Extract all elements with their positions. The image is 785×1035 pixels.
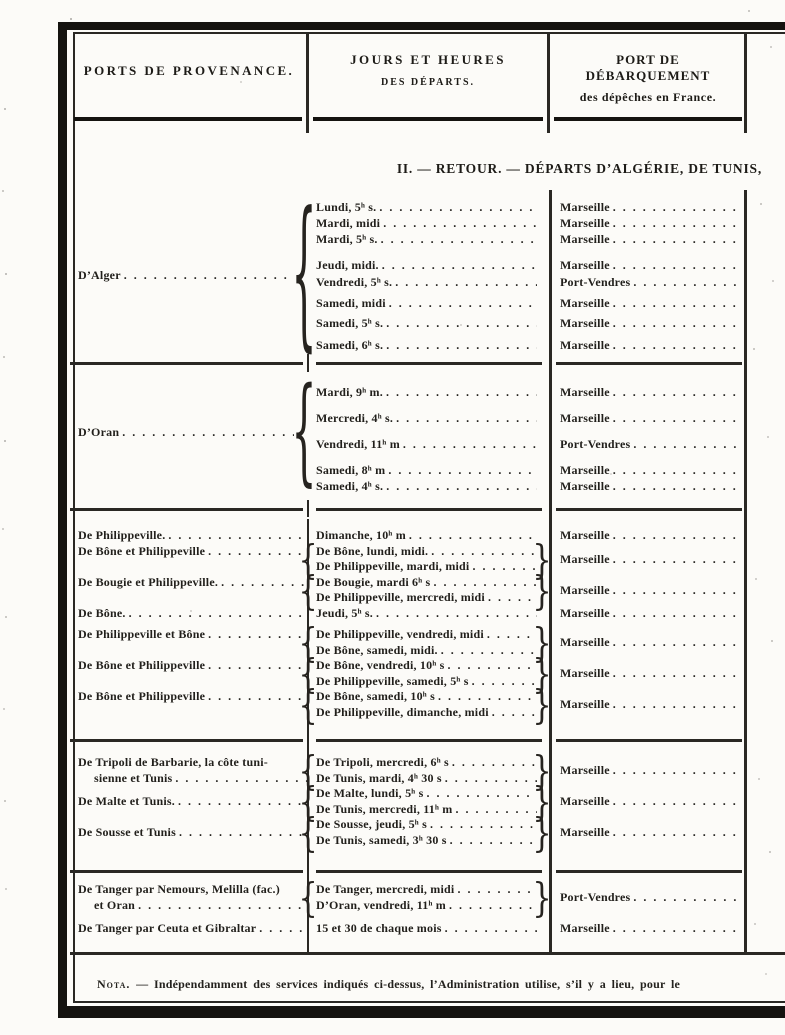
table-row-group: De Malte et Tunis.{De Malte, lundi, 5ʰ s… [75,786,740,817]
dot-leader [403,437,537,452]
port-cell: Marseille [560,817,738,848]
port-name-text: Port-Vendres [560,890,630,905]
group-brace-right: } [536,688,547,721]
dot-leader [613,463,738,478]
port-name-text: Marseille [560,635,610,650]
departure-cell: Jeudi, 5ʰ s. [316,606,537,622]
provenance-cell: De Bône et Philippeville [78,544,308,560]
port-cell: Marseille [560,921,738,937]
group-brace-right: } [536,881,547,914]
departure-cell: De Sousse, jeudi, 5ʰ sDe Tunis, samedi, … [316,817,537,848]
table-row-group: De Bône et Philippeville{De Bône, vendre… [75,658,740,689]
port-name: Port-Vendres [560,890,738,905]
dot-leader [389,296,537,311]
scan-speckles [70,18,72,20]
port-cell: Marseille [560,410,738,426]
departure-line-text: De Tripoli, mercredi, 6ʰ s [316,755,449,771]
departure-line: De Sousse, jeudi, 5ʰ s [316,817,537,833]
dot-leader [396,411,537,426]
provenance-cell: De Philippeville. [78,528,308,544]
port-name: Marseille [560,338,738,353]
port-name: Marseille [560,385,738,400]
departure-cell-text: Jeudi, midi. [316,258,379,273]
port-name: Marseille [560,479,738,494]
table-row: Vendredi, 11ʰ mPort-Vendres [75,437,740,452]
dot-leader [613,216,738,231]
dot-leader [386,338,537,353]
port-name-text: Marseille [560,921,610,936]
table-row: Mardi, midiMarseille [75,216,740,231]
dot-leader [455,802,537,818]
departure-cell-text: Vendredi, 11ʰ m [316,437,400,452]
provenance-line-text: De Bône et Philippeville [78,689,205,705]
port-cell: Port-Vendres [560,274,738,290]
dot-leader [168,528,308,544]
port-cell: Marseille [560,199,738,215]
dot-leader [492,705,537,721]
provenance-line: De Bône. [78,606,308,622]
port-cell: Marseille [560,627,738,658]
departure-cell: Vendredi, 5ʰ s. [316,275,537,290]
dot-leader [488,590,537,606]
port-cell: Port-Vendres [560,436,738,452]
dot-leader [452,755,537,771]
provenance-line-text: De Philippeville et Bône [78,627,205,643]
provenance-line: De Tripoli de Barbarie, la côte tuni- [78,755,308,771]
table-row: Samedi, midiMarseille [75,296,740,311]
port-cell: Marseille [560,315,738,331]
port-cell: Marseille [560,337,738,353]
port-name: Marseille [560,528,738,543]
departure-cell-text: Mardi, midi [316,216,380,231]
departure-cell: Mardi, 5ʰ s. [316,232,537,247]
table-row: Vendredi, 5ʰ s.Port-Vendres [75,275,740,290]
departure-line: De Bône, lundi, midi. [316,544,537,560]
table-section-5: De Tanger par Nemours, Melilla (fac.)et … [75,882,740,937]
dot-leader [613,232,738,247]
provenance-line: De Bône et Philippeville [78,658,308,674]
port-name-text: Marseille [560,794,610,809]
dot-leader [208,544,308,560]
port-name-text: Marseille [560,411,610,426]
dot-leader [613,697,738,712]
provenance-line-text: et Oran [94,898,135,914]
table-row-group: De Tanger par Nemours, Melilla (fac.)et … [75,882,740,913]
table-row: Lundi, 5ʰ s.Marseille [75,200,740,215]
departure-line: De Tripoli, mercredi, 6ʰ s [316,755,537,771]
nota-text: — Indépendamment des services indiqués c… [136,977,680,991]
departure-line-text: De Malte, lundi, 5ʰ s [316,786,423,802]
provenance-cell: De Philippeville et Bône [78,627,308,643]
provenance-line-text: De Sousse et Tunis [78,825,176,841]
port-name-text: Marseille [560,338,610,353]
departure-line-text: De Philippeville, mercredi, midi [316,590,485,606]
port-name-text: Marseille [560,528,610,543]
port-name-text: Marseille [560,697,610,712]
provenance-line: De Philippeville. [78,528,308,544]
departure-cell-text: Mardi, 9ʰ m. [316,385,383,400]
group-brace-left: { [302,688,313,721]
dot-leader [426,786,537,802]
port-name: Marseille [560,794,738,809]
dot-leader [448,658,538,674]
table-section-4: De Tripoli de Barbarie, la côte tuni-sie… [75,755,740,848]
dot-leader [613,583,738,598]
nota-line: Nota. — Indépendamment des services indi… [97,977,743,992]
departure-line: 15 et 30 de chaque mois [316,921,537,937]
dot-leader [450,833,537,849]
group-brace-left: { [302,816,313,849]
dot-leader [208,627,308,643]
port-cell: Marseille [560,528,738,544]
port-name: Marseille [560,763,738,778]
port-name: Marseille [560,635,738,650]
dot-leader [445,771,537,787]
table-row: Samedi, 8ʰ mMarseille [75,463,740,478]
departure-cell: Dimanche, 10ʰ m [316,528,537,544]
departure-line: De Bône, samedi, midi. [316,643,537,659]
provenance-cell: De Tanger par Nemours, Melilla (fac.)et … [78,882,308,913]
provenance-line-text: De Tanger par Ceuta et Gibraltar [78,921,256,937]
provenance-cell: De Bougie et Philippeville. [78,575,308,591]
dot-leader [613,666,738,681]
dot-leader [178,794,308,810]
dot-leader [430,817,537,833]
provenance-line: sienne et Tunis [78,771,308,787]
table-row-group: De Tripoli de Barbarie, la côte tuni-sie… [75,755,740,786]
dot-leader [395,275,537,290]
port-name: Marseille [560,316,738,331]
port-cell: Marseille [560,462,738,478]
port-cell: Marseille [560,295,738,311]
group-brace-right: } [536,816,547,849]
departure-line: De Tunis, mercredi, 11ʰ m [316,802,537,818]
port-name: Marseille [560,296,738,311]
provenance-line: De Tanger par Nemours, Melilla (fac.) [78,882,308,898]
departure-line-text: De Philippeville, samedi, 5ʰ s [316,674,469,690]
dot-leader [386,385,537,400]
departure-line-text: De Tanger, mercredi, midi [316,882,454,898]
dot-leader [386,479,537,494]
port-cell: Marseille [560,478,738,494]
departure-line-text: De Bône, lundi, midi. [316,544,428,560]
scanned-page: PORTS DE PROVENANCE. JOURS ET HEURES DES… [0,0,785,1035]
provenance-line-text: De Tanger par Nemours, Melilla (fac.) [78,882,280,898]
departure-line-text: De Tunis, samedi, 3ʰ 30 s [316,833,447,849]
port-name-text: Marseille [560,763,610,778]
dot-leader [472,674,537,690]
dot-leader [221,575,308,591]
dot-leader [376,606,537,622]
port-cell: Marseille [560,231,738,247]
port-name: Marseille [560,200,738,215]
table-row-group: De Sousse et Tunis{De Sousse, jeudi, 5ʰ … [75,817,740,848]
dot-leader [388,463,537,478]
dot-leader [179,825,308,841]
dot-leader [449,898,537,914]
dot-leader [208,689,308,705]
departure-line: De Tanger, mercredi, midi [316,882,537,898]
port-name-text: Port-Vendres [560,275,630,290]
port-cell: Port-Vendres [560,882,738,913]
port-name: Marseille [560,583,738,598]
provenance-line: De Bône et Philippeville [78,544,308,560]
provenance-line-text: sienne et Tunis [94,771,172,787]
port-cell: Marseille [560,786,738,817]
departure-line: Jeudi, 5ʰ s. [316,606,537,622]
departure-line: Dimanche, 10ʰ m [316,528,537,544]
port-name: Port-Vendres [560,275,738,290]
provenance-line: De Bougie et Philippeville. [78,575,308,591]
departure-cell: De Tripoli, mercredi, 6ʰ sDe Tunis, mard… [316,755,537,786]
table-row-group: De Tanger par Ceuta et Gibraltar15 et 30… [75,921,740,937]
dot-leader [438,689,537,705]
departure-line-text: Jeudi, 5ʰ s. [316,606,373,622]
table-row: Samedi, 4ʰ s.Marseille [75,479,740,494]
provenance-line-text: De Bône. [78,606,126,622]
departure-line-text: De Bougie, mardi 6ʰ s [316,575,430,591]
dot-leader [613,528,738,543]
departure-line-text: De Philippeville, vendredi, midi [316,627,484,643]
port-name-text: Marseille [560,385,610,400]
table-row-group: De Philippeville et Bône{De Philippevill… [75,627,740,658]
departure-cell-text: Samedi, 6ʰ s. [316,338,383,353]
port-cell: Marseille [560,544,738,575]
port-name: Marseille [560,258,738,273]
port-cell: Marseille [560,215,738,231]
dot-leader [379,200,537,215]
port-name-text: Marseille [560,296,610,311]
dot-leader [613,635,738,650]
port-name: Marseille [560,463,738,478]
departure-line-text: De Tunis, mardi, 4ʰ 30 s [316,771,442,787]
dot-leader [613,296,738,311]
dot-leader [613,411,738,426]
provenance-line-text: De Bône et Philippeville [78,658,205,674]
port-name-text: Marseille [560,552,610,567]
departure-line: De Philippeville, samedi, 5ʰ s [316,674,537,690]
dot-leader [633,890,738,905]
dot-leader [138,898,308,914]
provenance-cell: De Malte et Tunis. [78,794,308,810]
port-name-text: Port-Vendres [560,437,630,452]
departure-line: De Bône, samedi, 10ʰ s [316,689,537,705]
dot-leader [259,921,308,937]
port-name: Marseille [560,666,738,681]
departure-line: De Bône, vendredi, 10ʰ s [316,658,537,674]
table-row: Samedi, 6ʰ s.Marseille [75,338,740,353]
departure-line-text: D’Oran, vendredi, 11ʰ m [316,898,446,914]
port-name: Marseille [560,697,738,712]
departure-cell: De Bône, vendredi, 10ʰ sDe Philippeville… [316,658,537,689]
provenance-line-text: De Tripoli de Barbarie, la côte tuni- [78,755,268,771]
departure-cell: Vendredi, 11ʰ m [316,437,537,452]
table-row: Samedi, 5ʰ s.Marseille [75,316,740,331]
dot-leader [613,606,738,621]
dot-leader [409,528,537,544]
departure-cell: Mardi, midi [316,216,537,231]
table-section-2: D’Oran{Mardi, 9ʰ m.MarseilleMercredi, 4ʰ… [75,377,740,489]
port-name-text: Marseille [560,216,610,231]
departure-line-text: De Philippeville, dimanche, midi [316,705,489,721]
departure-line-text: De Bône, vendredi, 10ʰ s [316,658,445,674]
table-row: Mardi, 5ʰ s.Marseille [75,232,740,247]
departure-cell-text: Samedi, 4ʰ s. [316,479,383,494]
departure-cell-text: Samedi, 5ʰ s. [316,316,383,331]
provenance-line: et Oran [78,898,308,914]
dot-leader [383,216,537,231]
port-name-text: Marseille [560,825,610,840]
port-name-text: Marseille [560,479,610,494]
port-name: Marseille [560,921,738,936]
dot-leader [633,437,738,452]
provenance-line: De Malte et Tunis. [78,794,308,810]
port-cell: Marseille [560,257,738,273]
dot-leader [613,825,738,840]
departure-line-text: 15 et 30 de chaque mois [316,921,442,937]
provenance-line: De Sousse et Tunis [78,825,308,841]
provenance-line-text: De Malte et Tunis. [78,794,175,810]
dot-leader [382,258,537,273]
port-name: Marseille [560,232,738,247]
departure-line-text: De Bône, samedi, 10ʰ s [316,689,435,705]
port-cell: Marseille [560,384,738,400]
dot-leader [613,552,738,567]
provenance-line-text: De Bougie et Philippeville. [78,575,218,591]
departure-cell: Samedi, 8ʰ m [316,463,537,478]
dot-leader [613,316,738,331]
table-section-1: D’Alger{Lundi, 5ʰ s.MarseilleMardi, midi… [75,198,740,354]
provenance-line: De Tanger par Ceuta et Gibraltar [78,921,308,937]
port-name: Marseille [560,411,738,426]
dot-leader [613,479,738,494]
dot-leader [381,232,537,247]
provenance-cell: De Bône. [78,606,308,622]
dot-leader [487,627,537,643]
table-row: Mercredi, 4ʰ s.Marseille [75,411,740,426]
departure-cell: De Bougie, mardi 6ʰ sDe Philippeville, m… [316,575,537,606]
dot-leader [613,794,738,809]
departure-cell-text: Vendredi, 5ʰ s. [316,275,392,290]
group-brace-right: } [536,574,547,607]
departure-cell: Samedi, midi [316,296,537,311]
dot-leader [208,658,308,674]
dot-leader [431,544,537,560]
dot-leader [457,882,537,898]
dot-leader [433,575,537,591]
port-name: Port-Vendres [560,437,738,452]
departure-cell: 15 et 30 de chaque mois [316,921,537,937]
departure-cell-text: Samedi, 8ʰ m [316,463,385,478]
nota-label: Nota. [97,977,130,991]
provenance-cell: De Tanger par Ceuta et Gibraltar [78,921,308,937]
departure-cell-text: Mercredi, 4ʰ s. [316,411,393,426]
provenance-cell: De Tripoli de Barbarie, la côte tuni-sie… [78,755,308,786]
departure-line: De Philippeville, mardi, midi [316,559,537,575]
provenance-cell: De Bône et Philippeville [78,658,308,674]
provenance-cell: De Bône et Philippeville [78,689,308,705]
provenance-line: De Bône et Philippeville [78,689,308,705]
port-name-text: Marseille [560,258,610,273]
departure-line: De Philippeville, mercredi, midi [316,590,537,606]
provenance-line-text: De Bône et Philippeville [78,544,205,560]
departure-cell-text: Lundi, 5ʰ s. [316,200,376,215]
departure-line-text: De Sousse, jeudi, 5ʰ s [316,817,427,833]
dot-leader [613,921,738,936]
port-name-text: Marseille [560,200,610,215]
table-row-group: De Bône et Philippeville{De Bône, samedi… [75,689,740,720]
table-row-group: De Bône.Jeudi, 5ʰ s.Marseille [75,606,740,622]
port-cell: Marseille [560,658,738,689]
group-brace-left: { [302,881,313,914]
dot-leader [633,275,738,290]
departure-cell-text: Mardi, 5ʰ s. [316,232,378,247]
dot-leader [472,559,537,575]
table-row-group: De Bougie et Philippeville.{De Bougie, m… [75,575,740,606]
port-name-text: Marseille [560,583,610,598]
provenance-line: De Philippeville et Bône [78,627,308,643]
dot-leader [613,200,738,215]
port-name: Marseille [560,216,738,231]
departure-line-text: Dimanche, 10ʰ m [316,528,406,544]
departure-cell: Lundi, 5ʰ s. [316,200,537,215]
dot-leader [613,763,738,778]
departure-line: De Philippeville, dimanche, midi [316,705,537,721]
dot-leader [175,771,308,787]
departure-cell: Mardi, 9ʰ m. [316,385,537,400]
port-name-text: Marseille [560,666,610,681]
departure-line-text: De Bône, samedi, midi. [316,643,438,659]
port-name-text: Marseille [560,316,610,331]
port-name-text: Marseille [560,606,610,621]
port-name-text: Marseille [560,463,610,478]
dot-leader [445,921,537,937]
departure-line-text: De Philippeville, mardi, midi [316,559,469,575]
departure-line: De Malte, lundi, 5ʰ s [316,786,537,802]
group-brace-left: { [302,574,313,607]
departure-cell: De Philippeville, vendredi, midiDe Bône,… [316,627,537,658]
departure-line: De Philippeville, vendredi, midi [316,627,537,643]
dot-leader [441,643,537,659]
port-name: Marseille [560,825,738,840]
departure-line: De Tunis, mardi, 4ʰ 30 s [316,771,537,787]
departure-cell: Jeudi, midi. [316,258,537,273]
port-name: Marseille [560,552,738,567]
provenance-line-text: De Philippeville. [78,528,165,544]
table-row: Jeudi, midi.Marseille [75,258,740,273]
provenance-cell: De Sousse et Tunis [78,825,308,841]
departure-cell: Samedi, 4ʰ s. [316,479,537,494]
departure-line: De Tunis, samedi, 3ʰ 30 s [316,833,537,849]
departure-cell-text: Samedi, midi [316,296,386,311]
dot-leader [129,606,308,622]
departure-cell: De Bône, lundi, midi.De Philippeville, m… [316,544,537,575]
departure-cell: Samedi, 6ʰ s. [316,338,537,353]
port-name-text: Marseille [560,232,610,247]
table-body: D’Alger{Lundi, 5ʰ s.MarseilleMardi, midi… [0,0,785,1035]
dot-leader [386,316,537,331]
port-cell: Marseille [560,575,738,606]
table-row-group: De Bône et Philippeville{De Bône, lundi,… [75,544,740,575]
departure-cell: Mercredi, 4ʰ s. [316,411,537,426]
dot-leader [613,258,738,273]
port-cell: Marseille [560,755,738,786]
port-cell: Marseille [560,689,738,720]
departure-line-text: De Tunis, mercredi, 11ʰ m [316,802,452,818]
port-cell: Marseille [560,606,738,622]
departure-line: D’Oran, vendredi, 11ʰ m [316,898,537,914]
table-row-group: De Philippeville.Dimanche, 10ʰ mMarseill… [75,528,740,544]
